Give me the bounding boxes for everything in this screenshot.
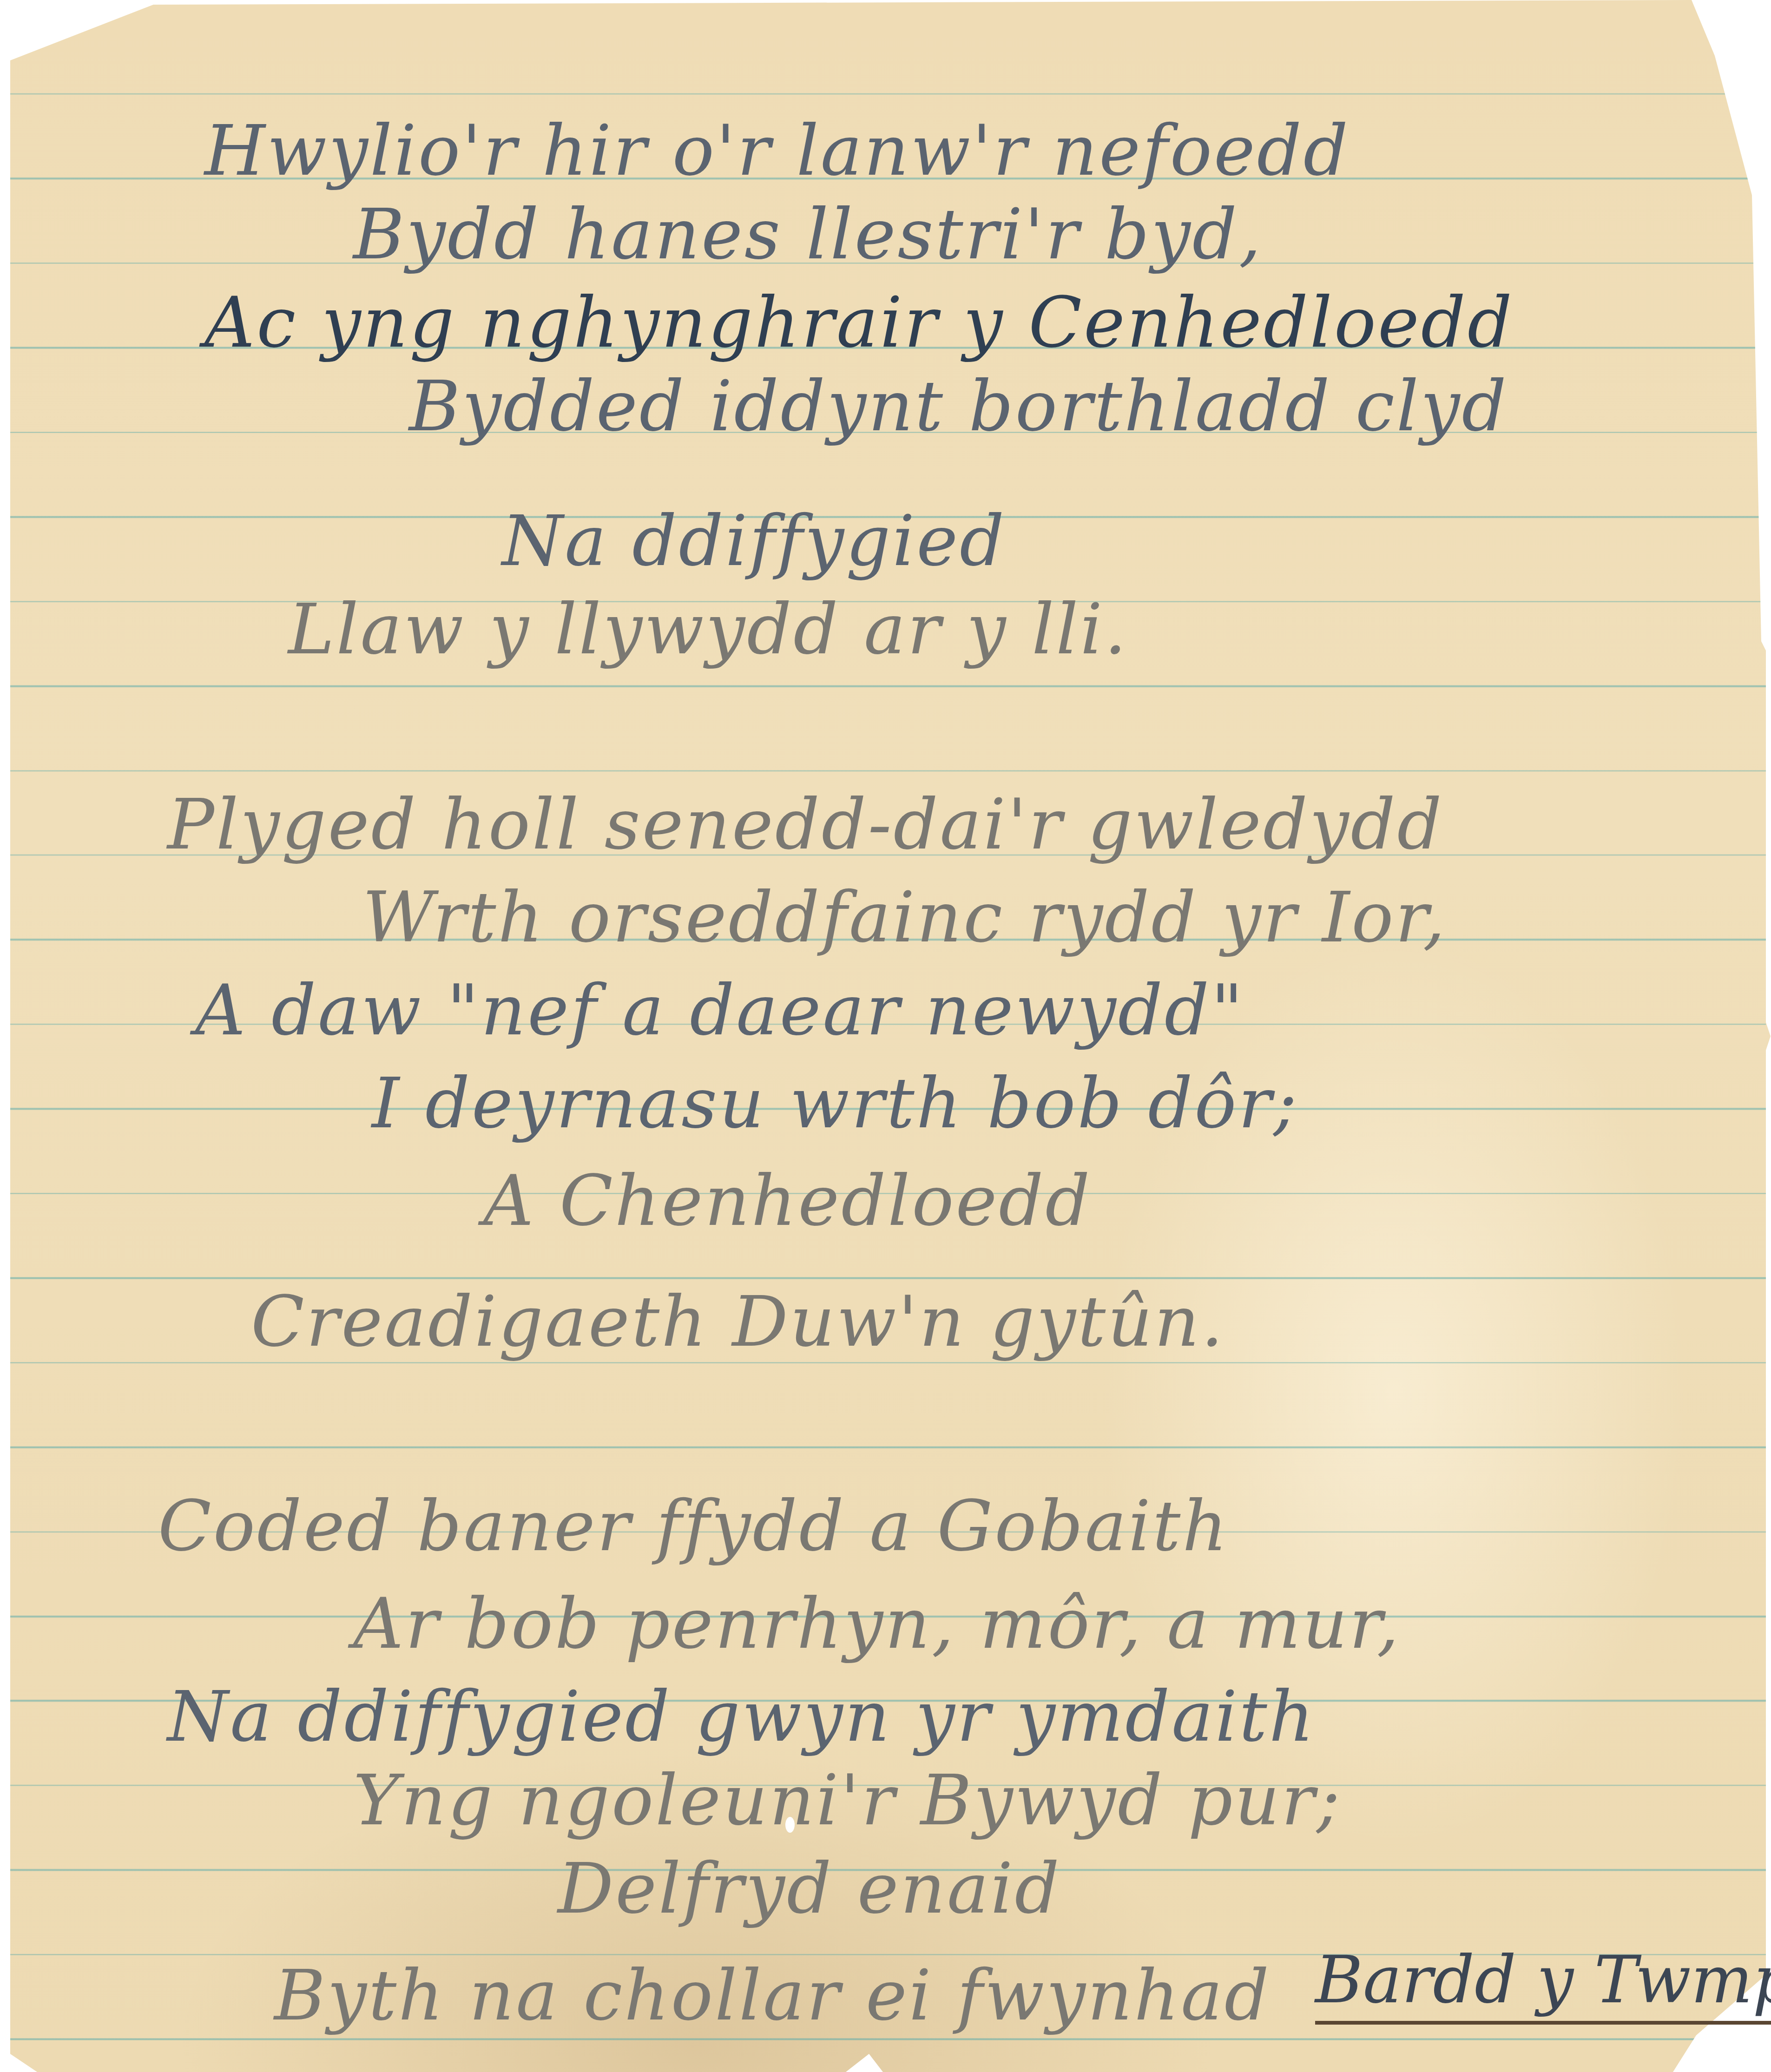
poem-line: Ar bob penrhyn, môr, a mur,: [353, 1589, 1401, 1659]
paper-pinhole: [785, 1817, 795, 1833]
poem-line: Byth na chollar ei fwynhad: [274, 1961, 1271, 2031]
poem-line: Creadigaeth Duw'n gytûn.: [251, 1287, 1225, 1357]
poem-line: Bydded iddynt borthladd clyd: [409, 372, 1508, 441]
poem-line: Wrth orseddfainc rydd yr Ior,: [362, 883, 1447, 953]
poem-line: Ac yng nghynghrair y Cenhedloedd: [204, 288, 1514, 358]
poem-line: Hwylio'r hir o'r lanw'r nefoedd: [204, 116, 1350, 186]
poem-line: Plyged holl senedd-dai'r gwledydd: [167, 790, 1444, 860]
poem-line: Na ddiffygied: [502, 506, 1006, 576]
poem-line: Llaw y llywydd ar y lli.: [288, 595, 1128, 664]
poem-line: I deyrnasu wrth bob dôr;: [372, 1069, 1299, 1138]
poem-line: Delfryd enaid: [558, 1854, 1061, 1924]
poem-line: Na ddiffygied gwyn yr ymdaith: [167, 1682, 1316, 1752]
poem-line: Yng ngoleuni'r Bywyd pur;: [353, 1766, 1342, 1835]
poem-line: A daw "nef a daear newydd": [195, 976, 1245, 1046]
poem-line: A Chenhedloedd: [483, 1166, 1092, 1236]
author-signature: Bardd y Twmp: [1315, 1942, 1771, 2025]
poem-line: Coded baner ffydd a Gobaith: [158, 1492, 1229, 1561]
poem-line: Bydd hanes llestri'r byd,: [353, 200, 1263, 270]
